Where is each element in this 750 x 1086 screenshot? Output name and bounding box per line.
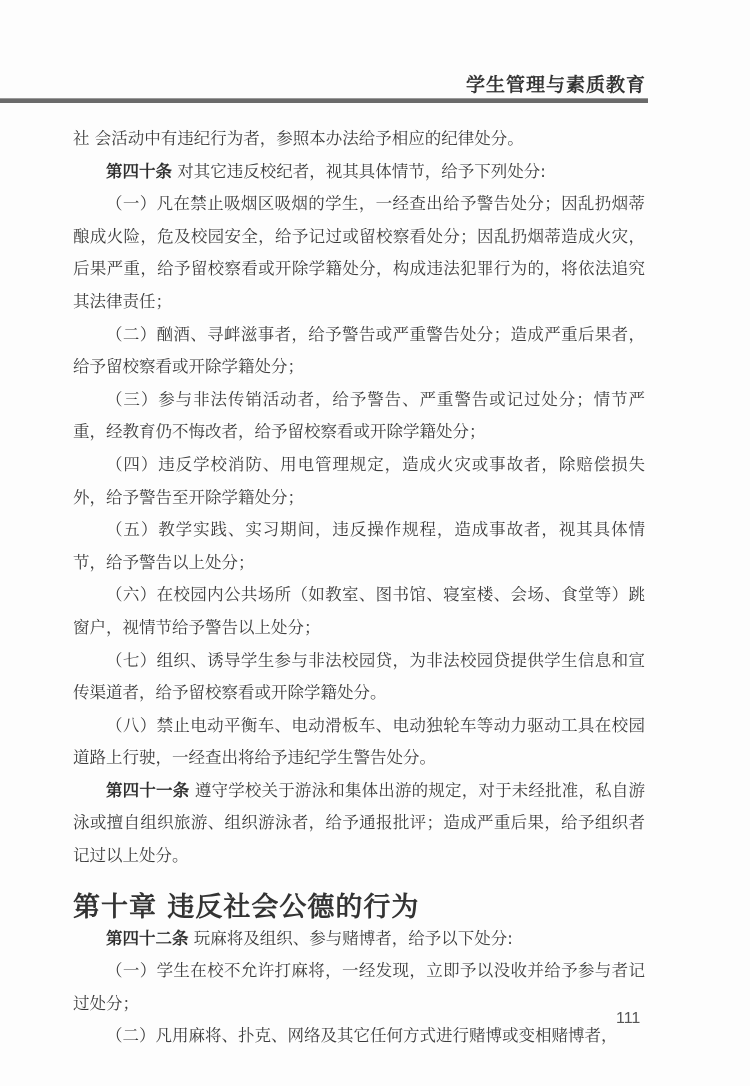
- continuation-paragraph: 社 会活动中有违纪行为者，参照本办法给予相应的纪律处分。: [73, 123, 645, 156]
- article-40-item-2: （二）酗酒、寻衅滋事者，给予警告或严重警告处分；造成严重后果者，给予留校察看或开…: [73, 319, 645, 384]
- article-40-item-6: （六）在校园内公共场所（如教室、图书馆、寝室楼、会场、食堂等）跳窗户，视情节给予…: [73, 579, 645, 644]
- article-42-text: 玩麻将及组织、参与赌博者，给予以下处分:: [189, 929, 513, 948]
- article-41: 第四十一条 遵守学校关于游泳和集体出游的规定，对于未经批准，私自游泳或擅自组织旅…: [73, 775, 645, 873]
- article-40-item-3: （三）参与非法传销活动者，给予警告、严重警告或记过处分；情节严重，经教育仍不悔改…: [73, 384, 645, 449]
- article-40-item-1: （一）凡在禁止吸烟区吸烟的学生，一经查出给予警告处分；因乱扔烟蒂酿成火险，危及校…: [73, 188, 645, 318]
- article-42-label: 第四十二条: [106, 929, 189, 948]
- article-40-item-4: （四）违反学校消防、用电管理规定，造成火灾或事故者，除赔偿损失外，给予警告至开除…: [73, 449, 645, 514]
- header-rule: [0, 98, 648, 103]
- article-40-item-5: （五）教学实践、实习期间，违反操作规程，造成事故者，视其具体情节，给予警告以上处…: [73, 514, 645, 579]
- article-42: 第四十二条 玩麻将及组织、参与赌博者，给予以下处分:: [73, 923, 645, 956]
- running-head: 学生管理与素质教育: [466, 70, 646, 97]
- article-40-label: 第四十条: [106, 162, 172, 181]
- article-40-item-7: （七）组织、诱导学生参与非法校园贷，为非法校园贷提供学生信息和宣传渠道者，给予留…: [73, 645, 645, 710]
- article-42-item-2: （二）凡用麻将、扑克、网络及其它任何方式进行赌博或变相赌博者，: [73, 1020, 645, 1053]
- article-41-label: 第四十一条: [106, 781, 189, 800]
- article-40-text: 对其它违反校纪者，视其具体情节，给予下列处分:: [172, 162, 546, 181]
- article-40: 第四十条 对其它违反校纪者，视其具体情节，给予下列处分:: [73, 156, 645, 189]
- chapter-title: 第十章 违反社会公德的行为: [73, 893, 645, 923]
- article-40-item-8: （八）禁止电动平衡车、电动滑板车、电动独轮车等动力驱动工具在校园道路上行驶，一经…: [73, 710, 645, 775]
- page-number: 111: [616, 1010, 640, 1028]
- article-42-item-1: （一）学生在校不允许打麻将，一经发现，立即予以没收并给予参与者记过处分；: [73, 955, 645, 1020]
- page-body: 社 会活动中有违纪行为者，参照本办法给予相应的纪律处分。 第四十条 对其它违反校…: [73, 123, 645, 1053]
